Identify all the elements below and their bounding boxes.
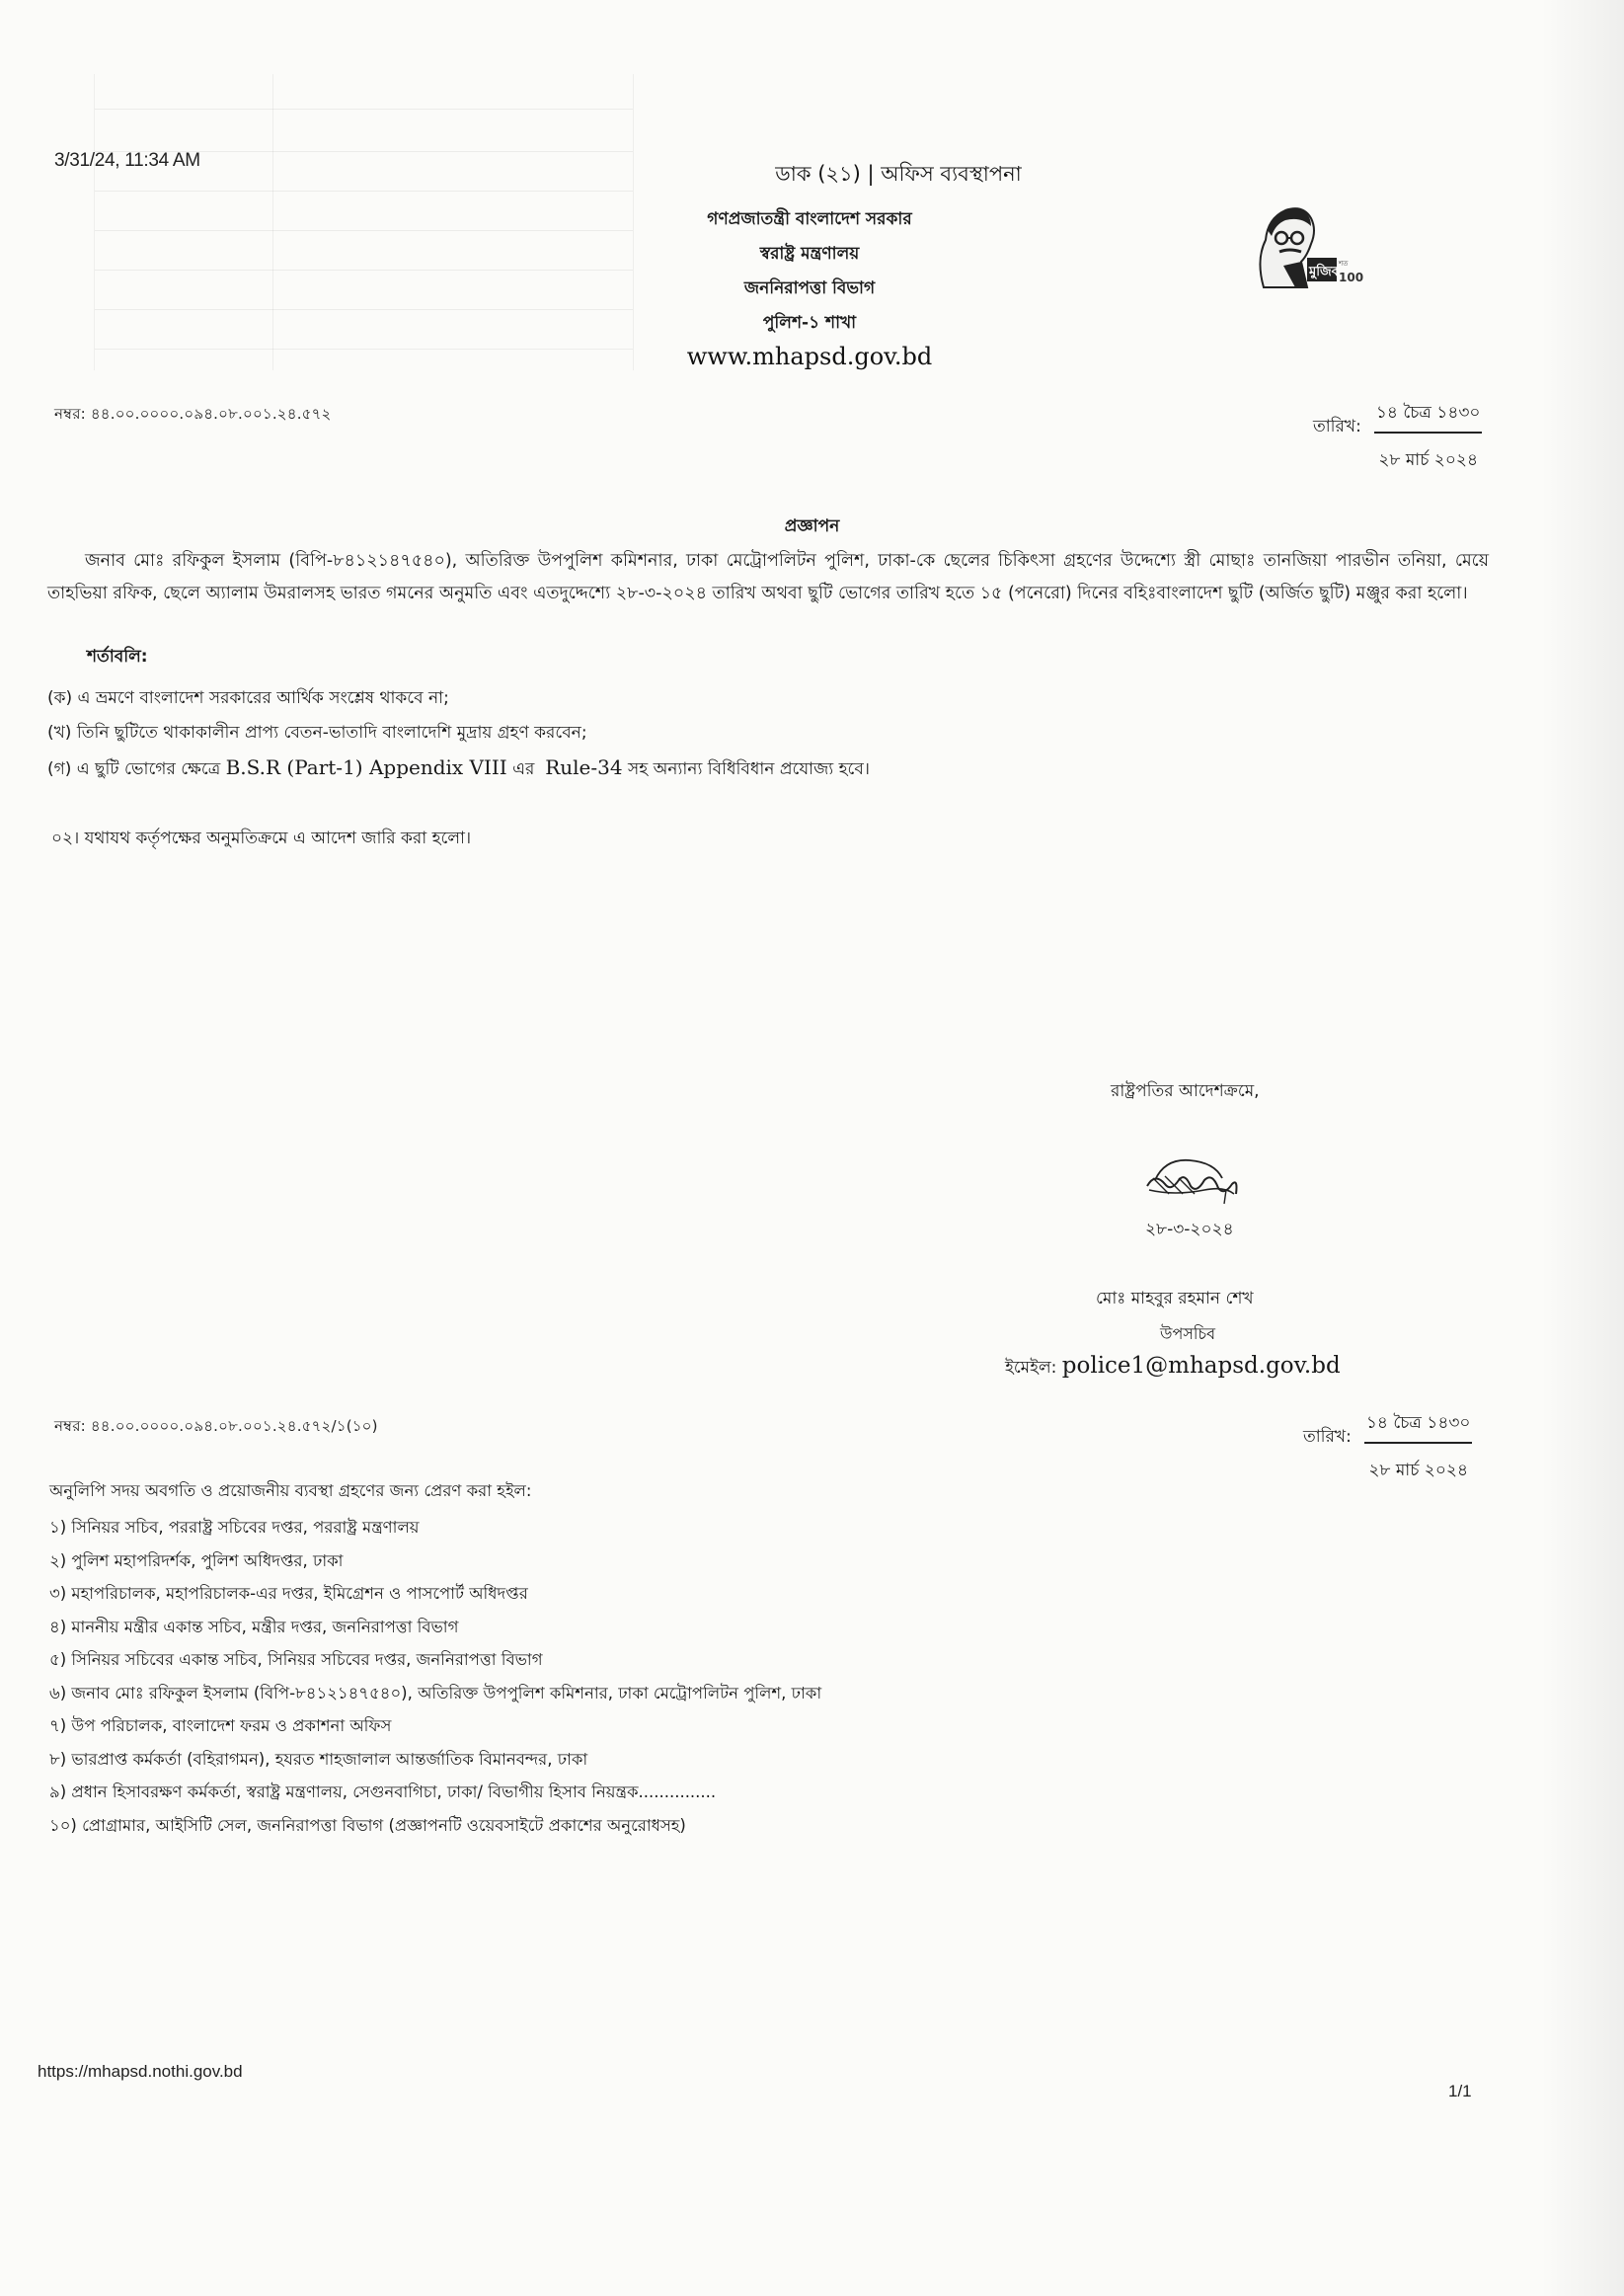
memo-number-label: নম্বর: [54, 405, 86, 423]
date-gregorian: ২৮ মার্চ ২০২৪ [1374, 447, 1483, 475]
memo-number-value: ৪৪.০০.০০০০.০৯৪.০৮.০০১.২৪.৫৭২ [91, 405, 332, 423]
signer-name: মোঃ মাহবুর রহমান শেখ [1096, 1286, 1254, 1313]
letterhead-division: জননিরাপত্তা বিভাগ [553, 272, 1066, 306]
copy-recipients-list: ১) সিনিয়র সচিব, পররাষ্ট্র সচিবের দপ্তর,… [49, 1511, 821, 1842]
date-stack: ১৪ চৈত্র ১৪৩০ ২৮ মার্চ ২০২৪ [1374, 400, 1483, 475]
recipient-item: ৩) মহাপরিচালক, মহাপরিচালক-এর দপ্তর, ইমিগ… [49, 1577, 821, 1611]
copy-memo-number-value: ৪৪.০০.০০০০.০৯৪.০৮.০০১.২৪.৫৭২/১(১০) [91, 1417, 378, 1435]
svg-text:শত: শত [1338, 260, 1349, 268]
condition-g-rule-ref: B.S.R (Part-1) Appendix VIII [226, 755, 507, 779]
page-number: 1/1 [1448, 2082, 1472, 2101]
order-by-line: রাষ্ট্রপতির আদেশক্রমে, [1111, 1078, 1260, 1106]
memo-date: তারিখ: ১৪ চৈত্র ১৪৩০ ২৮ মার্চ ২০২৪ [1313, 400, 1482, 475]
condition-g-rule-no: Rule-34 [545, 755, 622, 779]
conditions-list: (ক) এ ভ্রমণে বাংলাদেশ সরকারের আর্থিক সংশ… [47, 681, 1430, 785]
mujib-100-logo-icon: মুজিব শত 100 [1246, 200, 1374, 289]
letterhead-ministry: স্বরাষ্ট্র মন্ত্রণালয় [553, 237, 1066, 272]
date-bangla-calendar: ১৪ চৈত্র ১৪৩০ [1374, 400, 1483, 434]
condition-item: (ক) এ ভ্রমণে বাংলাদেশ সরকারের আর্থিক সংশ… [47, 681, 1430, 716]
signer-email: ইমেইল: police1@mhapsd.gov.bd [1005, 1353, 1341, 1383]
footer-url-link[interactable]: https://mhapsd.nothi.gov.bd [38, 2062, 243, 2082]
paragraph-02: ০২। যথাযথ কর্তৃপক্ষের অনুমতিক্রমে এ আদেশ… [51, 826, 471, 853]
conditions-title: শর্তাবলি: [87, 644, 148, 672]
recipient-item: ৫) সিনিয়র সচিবের একান্ত সচিব, সিনিয়র স… [49, 1643, 821, 1677]
memo-number: নম্বর: ৪৪.০০.০০০০.০৯৪.০৮.০০১.২৪.৫৭২ [54, 403, 332, 428]
showthrough-rule [95, 109, 633, 110]
showthrough-column [272, 74, 273, 370]
copy-memo-number-label: নম্বর: [54, 1417, 86, 1435]
recipient-item: ৪) মাননীয় মন্ত্রীর একান্ত সচিব, মন্ত্রী… [49, 1611, 821, 1644]
svg-text:100: 100 [1339, 271, 1363, 284]
signer-designation: উপসচিব [1160, 1321, 1215, 1348]
document-title: ডাক (২১) | অফিস ব্যবস্থাপনা [642, 158, 1155, 193]
condition-g-suffix: সহ অন্যান্য বিধিবিধান প্রযোজ্য হবে। [623, 759, 870, 779]
recipient-item: ৯) প্রধান হিসাবরক্ষণ কর্মকর্তা, স্বরাষ্ট… [49, 1776, 821, 1809]
recipient-item: ৬) জনাব মোঃ রফিকুল ইসলাম (বিপি-৮৪১২১৪৭৫৪… [49, 1677, 821, 1710]
recipient-item: ৮) ভারপ্রাপ্ত কর্মকর্তা (বহিরাগমন), হযরত… [49, 1743, 821, 1777]
copy-memo-date: তারিখ: ১৪ চৈত্র ১৪৩০ ২৮ মার্চ ২০২৪ [1303, 1410, 1472, 1485]
copy-memo-number: নম্বর: ৪৪.০০.০০০০.০৯৪.০৮.০০১.২৪.৫৭২/১(১০… [54, 1415, 378, 1440]
letterhead-government: গণপ্রজাতন্ত্রী বাংলাদেশ সরকার [553, 202, 1066, 237]
condition-g-prefix: (গ) এ ছুটি ভোগের ক্ষেত্রে [47, 759, 226, 779]
print-timestamp: 3/31/24, 11:34 AM [54, 150, 200, 172]
letterhead-website[interactable]: www.mhapsd.gov.bd [553, 343, 1066, 370]
notice-title: প্রজ্ঞাপন [0, 514, 1624, 541]
svg-text:মুজিব: মুজিব [1308, 263, 1340, 280]
email-label: ইমেইল: [1005, 1358, 1056, 1378]
scanned-page: 3/31/24, 11:34 AM ডাক (২১) | অফিস ব্যবস্… [0, 0, 1624, 2296]
notice-body: জনাব মোঃ রফিকুল ইসলাম (বিপি-৮৪১২১৪৭৫৪০),… [47, 545, 1489, 610]
recipient-item: ১০) প্রোগ্রামার, আইসিটি সেল, জননিরাপত্তা… [49, 1809, 821, 1843]
date-label: তারিখ: [1313, 414, 1361, 441]
letterhead-branch: পুলিশ-১ শাখা [553, 306, 1066, 341]
recipient-item: ২) পুলিশ মহাপরিদর্শক, পুলিশ অধিদপ্তর, ঢা… [49, 1544, 821, 1578]
condition-item: (খ) তিনি ছুটিতে থাকাকালীন প্রাপ্য বেতন-ভ… [47, 716, 1430, 751]
copy-date-label: তারিখ: [1303, 1424, 1352, 1452]
copy-date-bangla-calendar: ১৪ চৈত্র ১৪৩০ [1364, 1410, 1473, 1444]
email-address-link[interactable]: police1@mhapsd.gov.bd [1062, 1353, 1341, 1379]
recipient-item: ১) সিনিয়র সচিব, পররাষ্ট্র সচিবের দপ্তর,… [49, 1511, 821, 1544]
signature-date: ২৮-৩-২০২৪ [1145, 1217, 1234, 1244]
condition-item: (গ) এ ছুটি ভোগের ক্ষেত্রে B.S.R (Part-1)… [47, 751, 1430, 785]
letterhead: ডাক (২১) | অফিস ব্যবস্থাপনা গণপ্রজাতন্ত্… [553, 158, 1066, 370]
recipient-item: ৭) উপ পরিচালক, বাংলাদেশ ফরম ও প্রকাশনা অ… [49, 1709, 821, 1743]
condition-g-mid: এর [507, 759, 540, 779]
signature-icon [1135, 1150, 1254, 1205]
copy-date-stack: ১৪ চৈত্র ১৪৩০ ২৮ মার্চ ২০২৪ [1364, 1410, 1473, 1485]
copy-intro: অনুলিপি সদয় অবগতি ও প্রয়োজনীয় ব্যবস্থ… [49, 1478, 531, 1505]
copy-date-gregorian: ২৮ মার্চ ২০২৪ [1364, 1458, 1473, 1485]
